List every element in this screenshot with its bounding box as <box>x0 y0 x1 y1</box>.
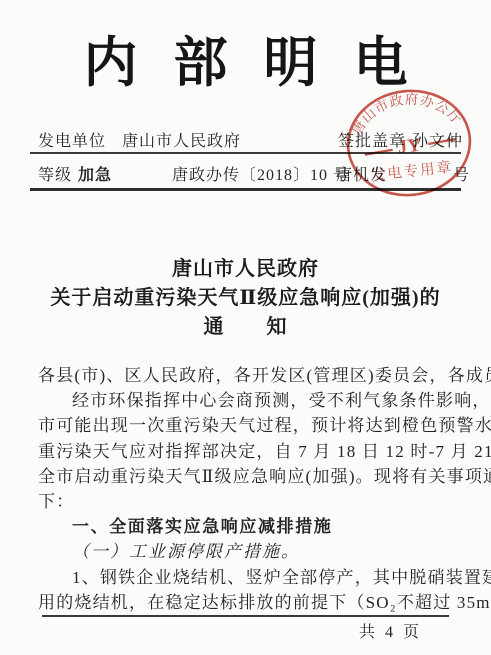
footer-divider <box>42 615 449 617</box>
seal-arc-text: 唐山市政府办公厅 <box>346 86 466 139</box>
body-line: 用的烧结机，在稳定达标排放的前提下（SO₂不超过 35mg/m³, NO₂ <box>38 590 452 615</box>
body-line: 经市环保指挥中心会商预测，受不利气象条件影响，近日我 <box>38 388 452 413</box>
level-value: 加急 <box>78 162 112 185</box>
seal-graphic: 唐山市政府办公厅 JY 发电专用章 <box>336 77 482 208</box>
body-line: 全市启动重污染天气Ⅱ级应急响应(加强)。现将有关事项通知如 <box>38 464 452 489</box>
level-label: 等级 <box>38 162 72 185</box>
seal-right-dash <box>428 139 456 144</box>
document-body: 各县(市)、区人民政府，各开发区(管理区)委员会，各成员单位： 经市环保指挥中心… <box>38 363 452 615</box>
official-seal-stamp: 唐山市政府办公厅 JY 发电专用章 <box>336 77 482 208</box>
seal-left-dash <box>365 150 393 155</box>
body-section-heading: 一、全面落实应急响应减排措施 <box>38 514 452 539</box>
doc-number: 唐政办传〔2018〕10 号 <box>172 162 350 185</box>
page-count-label: 共 4 页 <box>0 619 422 642</box>
document-title-line-3: 通 知 <box>0 310 491 339</box>
body-line: 1、钢铁企业烧结机、竖炉全部停产，其中脱硝装置建成投 <box>38 565 452 590</box>
document-title-line-2: 关于启动重污染天气Ⅱ级应急响应(加强)的 <box>0 281 491 310</box>
issuer-label: 发电单位 <box>38 128 106 151</box>
seal-center-text: JY <box>397 135 423 158</box>
seal-bottom-text: 发电专用章 <box>370 158 454 185</box>
body-line: 重污染天气应对指挥部决定，自 7 月 18 日 12 时-7 月 21 日 12… <box>38 439 452 464</box>
body-subsection-heading: （一）工业源停限产措施。 <box>38 539 452 564</box>
telegram-document-page: 内部明电 发电单位 唐山市人民政府 签批盖章 孙文仲 等级 加急 唐政办传〔20… <box>0 0 491 655</box>
body-line-salutation: 各县(市)、区人民政府，各开发区(管理区)委员会，各成员单位： <box>38 363 452 388</box>
document-title-line-1: 唐山市人民政府 <box>0 252 491 281</box>
body-line: 下： <box>38 489 452 514</box>
body-line: 市可能出现一次重污染天气过程，预计将达到橙色预警水平。市 <box>38 413 452 438</box>
issuer-value: 唐山市人民政府 <box>122 128 241 151</box>
